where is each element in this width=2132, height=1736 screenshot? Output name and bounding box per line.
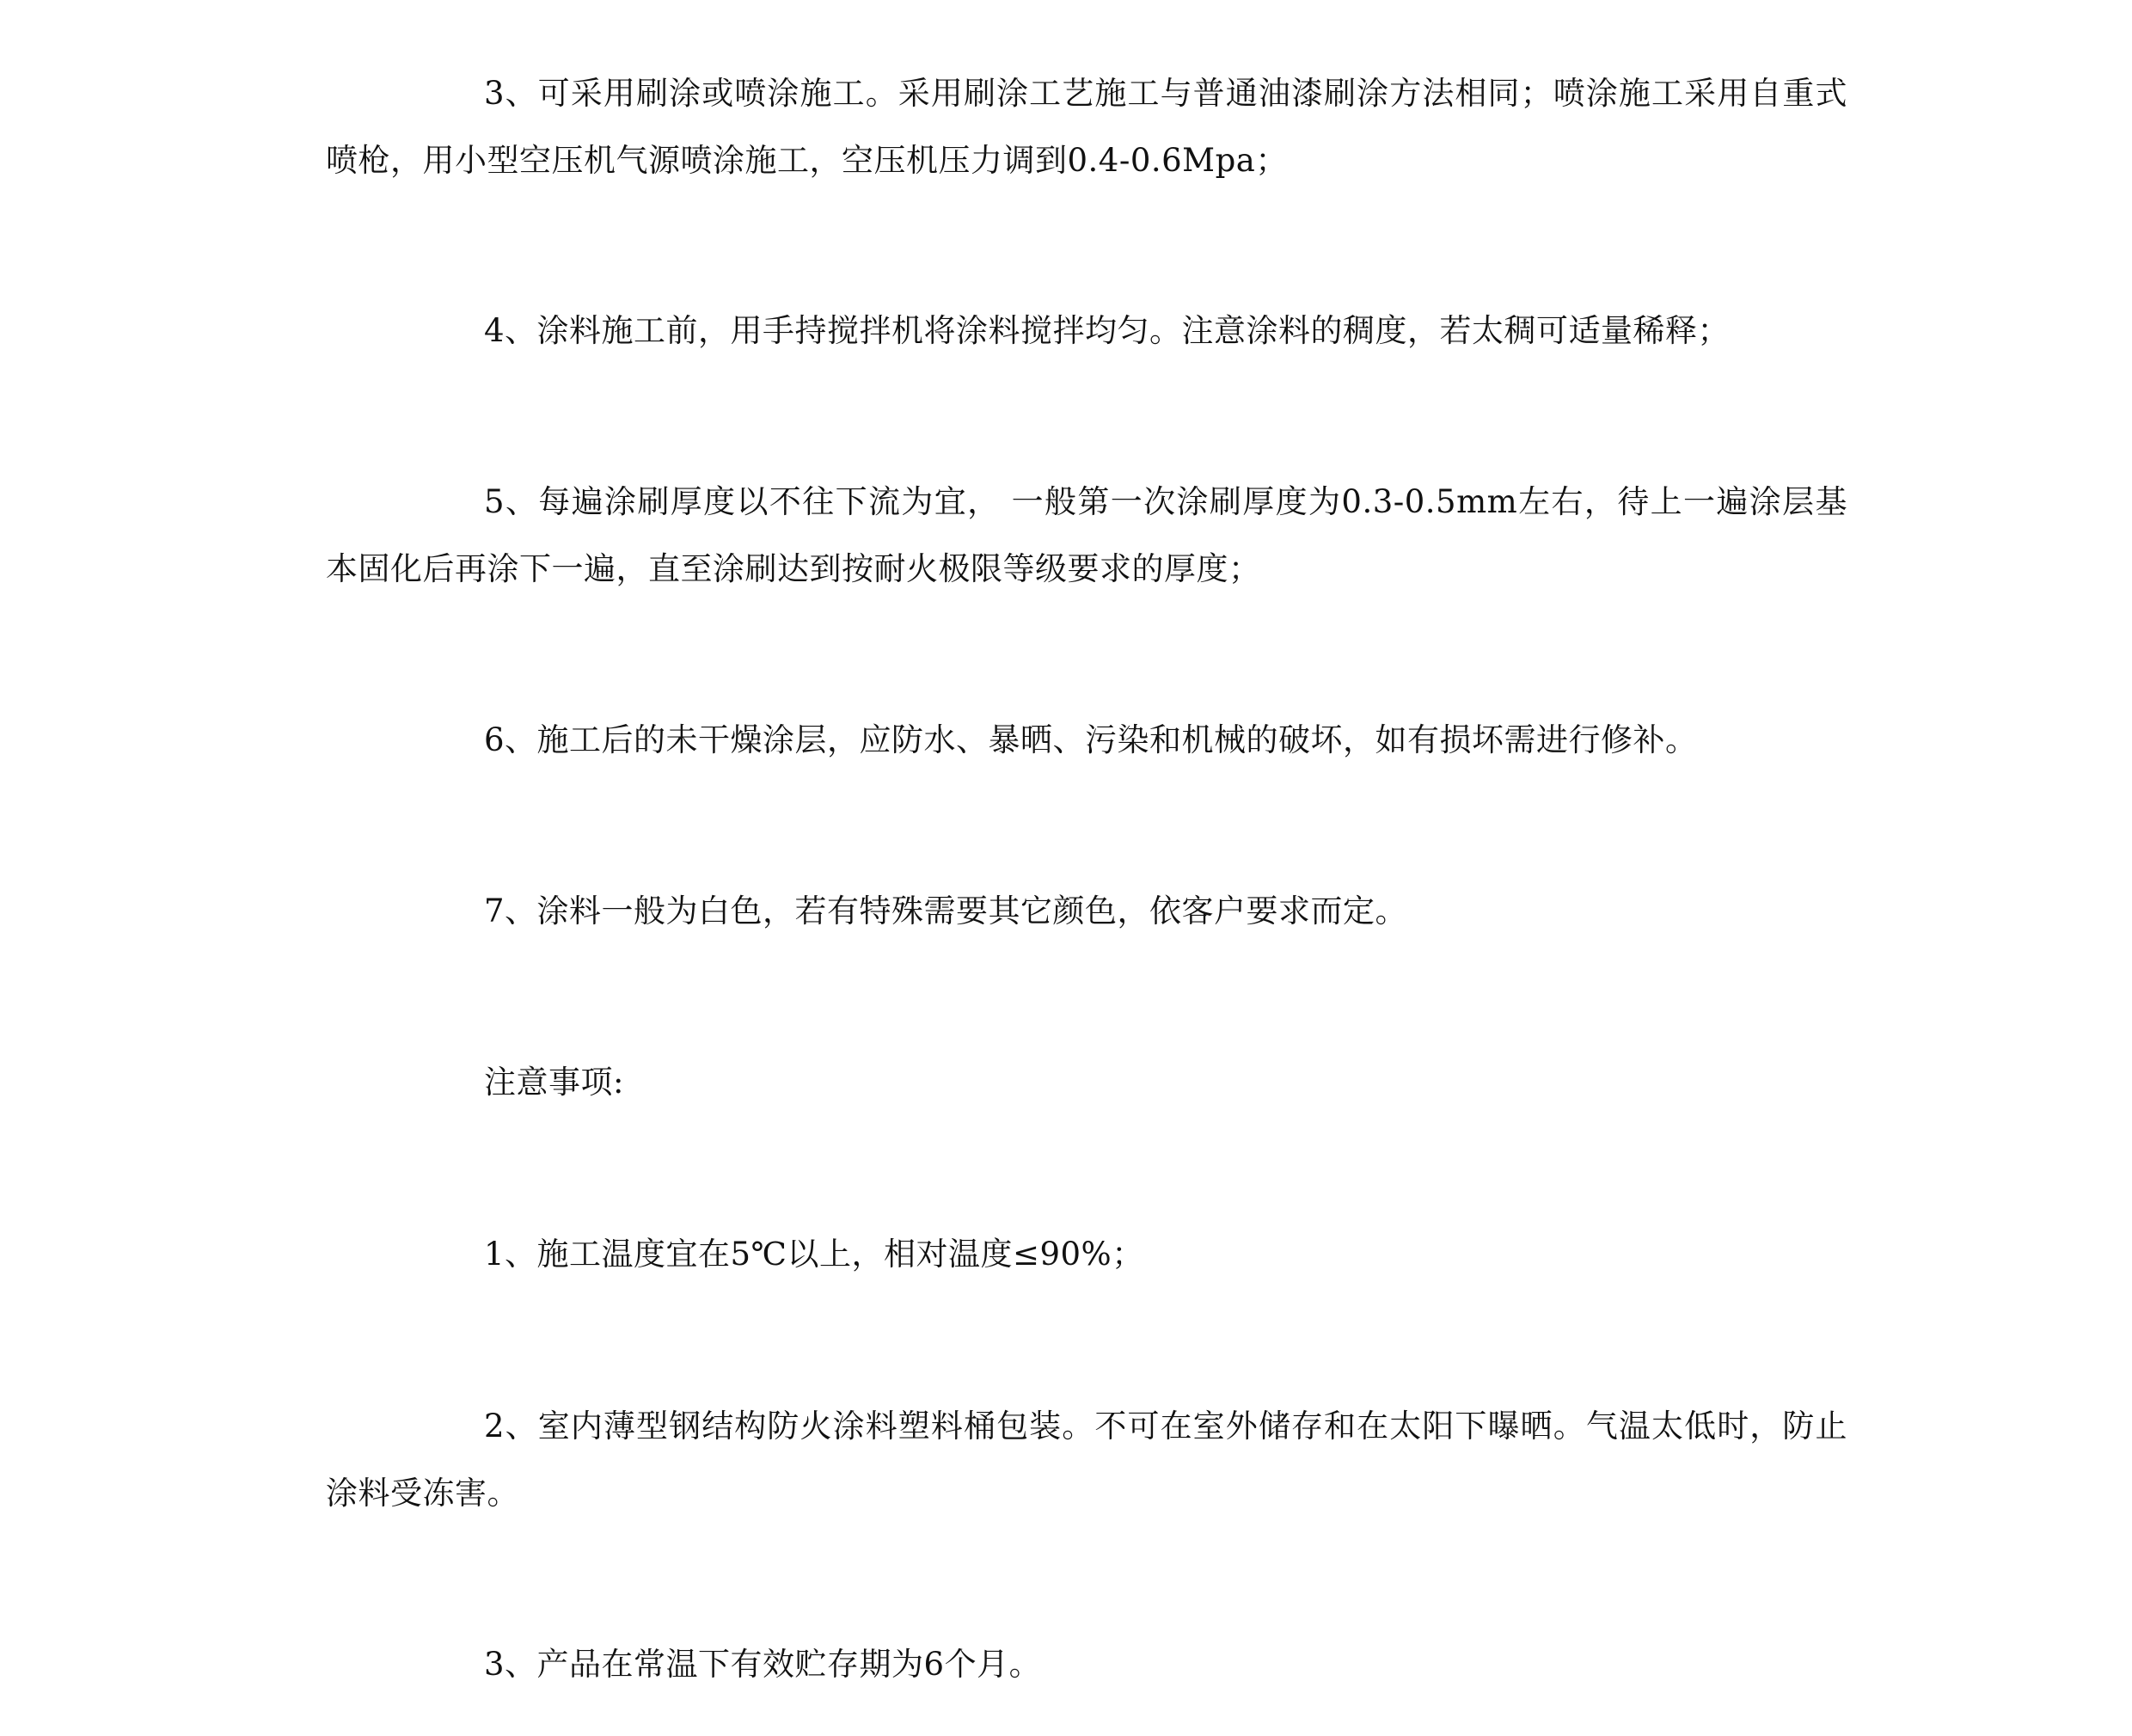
paragraph-coat-thickness: 5、每遍涂刷厚度以不往下流为宜， 一般第一次涂刷厚度为0.3-0.5mm左右，待… [326,469,1847,603]
paragraph-temperature: 1、施工温度宜在5℃以上，相对温度≤90%； [326,1221,1847,1288]
paragraph-shelf-life: 3、产品在常温下有效贮存期为6个月。 [326,1631,1847,1698]
paragraph-storage-packaging: 2、室内薄型钢结构防火涂料塑料桶包装。不可在室外储存和在太阳下曝晒。气温太低时，… [326,1393,1847,1527]
heading-precautions: 注意事项: [326,1049,1847,1116]
paragraph-coating-color: 7、涂料一般为白色，若有特殊需要其它颜色，依客户要求而定。 [326,878,1847,945]
paragraph-spray-method: 3、可采用刷涂或喷涂施工。采用刷涂工艺施工与普通油漆刷涂方法相同；喷涂施工采用自… [326,60,1847,194]
paragraph-protect-wet-coating: 6、施工后的未干燥涂层，应防水、暴晒、污染和机械的破坏，如有损坏需进行修补。 [326,707,1847,774]
paragraph-stir-coating: 4、涂料施工前，用手持搅拌机将涂料搅拌均匀。注意涂料的稠度，若太稠可适量稀释； [326,298,1847,365]
